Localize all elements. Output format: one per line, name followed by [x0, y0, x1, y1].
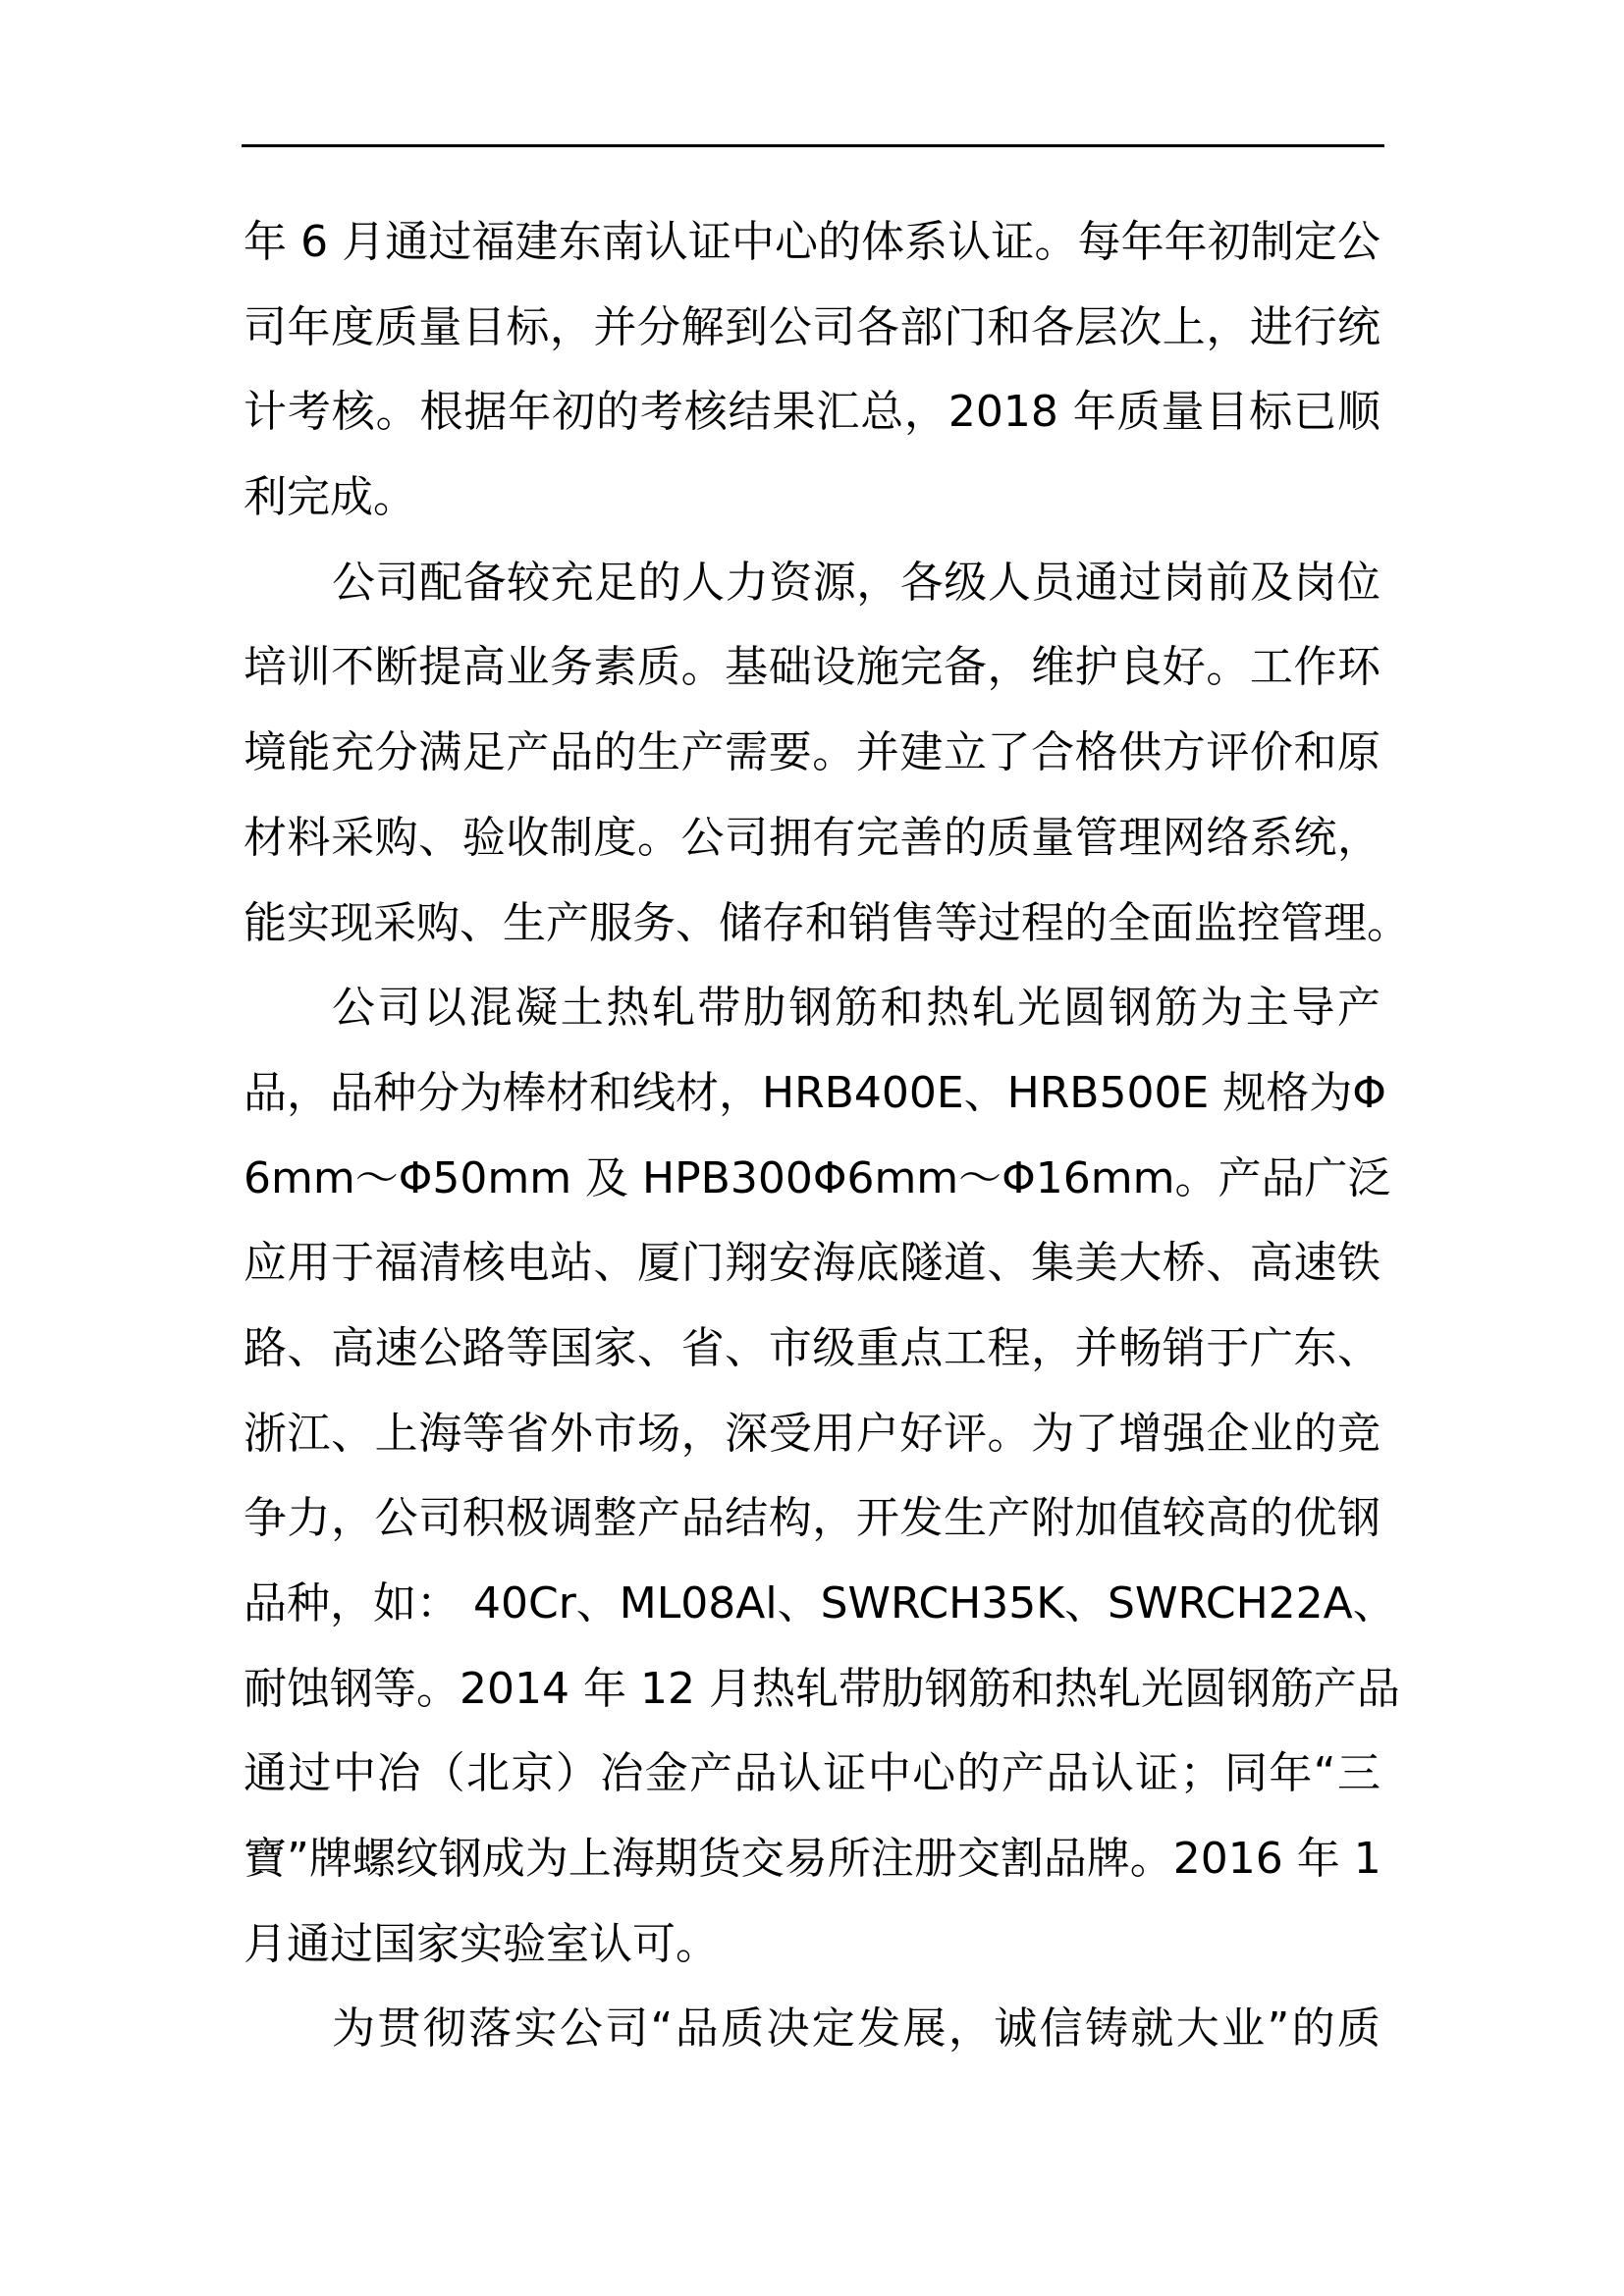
text-line: 计考核。根据年初的考核结果汇总，2018 年质量目标已顺 — [244, 380, 1380, 465]
paragraph-3: 公司以混凝土热轧带肋钢筋和热轧光圆钢筋为主导产 品，品种分为棒材和线材，HRB4… — [244, 976, 1380, 1997]
text-line: 耐蚀钢等。2014 年 12 月热轧带肋钢筋和热轧光圆钢筋产品 — [244, 1657, 1380, 1742]
text-line: 争力，公司积极调整产品结构，开发生产附加值较高的优钢 — [244, 1486, 1380, 1572]
text-line: 月通过国家实验室认可。 — [244, 1912, 1380, 1998]
document-body: 年 6 月通过福建东南认证中心的体系认证。每年年初制定公 司年度质量目标，并分解… — [244, 210, 1380, 2082]
text-line: 能实现采购、生产服务、储存和销售等过程的全面监控管理。 — [244, 891, 1380, 977]
text-line: 应用于福清核电站、厦门翔安海底隧道、集美大桥、高速铁 — [244, 1231, 1380, 1316]
text-line: 利完成。 — [244, 465, 1380, 551]
paragraph-1: 年 6 月通过福建东南认证中心的体系认证。每年年初制定公 司年度质量目标，并分解… — [244, 210, 1380, 551]
header-rule — [242, 144, 1384, 147]
text-line: 司年度质量目标，并分解到公司各部门和各层次上，进行统 — [244, 295, 1380, 381]
text-line: 境能充分满足产品的生产需要。并建立了合格供方评价和原 — [244, 721, 1380, 806]
text-line: 公司配备较充足的人力资源，各级人员通过岗前及岗位 — [244, 551, 1380, 636]
paragraph-4: 为贯彻落实公司“品质决定发展，诚信铸就大业”的质 — [244, 1997, 1380, 2082]
text-line: 年 6 月通过福建东南认证中心的体系认证。每年年初制定公 — [244, 210, 1380, 295]
paragraph-2: 公司配备较充足的人力资源，各级人员通过岗前及岗位 培训不断提高业务素质。基础设施… — [244, 551, 1380, 976]
text-line: 培训不断提高业务素质。基础设施完备，维护良好。工作环 — [244, 635, 1380, 721]
text-line: 寶”牌螺纹钢成为上海期货交易所注册交割品牌。2016 年 1 — [244, 1827, 1380, 1912]
text-line: 通过中冶（北京）冶金产品认证中心的产品认证；同年“三 — [244, 1741, 1380, 1827]
text-line: 为贯彻落实公司“品质决定发展，诚信铸就大业”的质 — [244, 1997, 1380, 2082]
text-line: 6mm～Φ50mm 及 HPB300Φ6mm～Φ16mm。产品广泛 — [244, 1147, 1380, 1232]
text-line: 品种，如： 40Cr、ML08Al、SWRCH35K、SWRCH22A、 — [244, 1572, 1380, 1657]
text-line: 品，品种分为棒材和线材，HRB400E、HRB500E 规格为Φ — [244, 1061, 1380, 1147]
text-line: 路、高速公路等国家、省、市级重点工程，并畅销于广东、 — [244, 1316, 1380, 1402]
text-line: 浙江、上海等省外市场，深受用户好评。为了增强企业的竞 — [244, 1402, 1380, 1487]
text-line: 材料采购、验收制度。公司拥有完善的质量管理网络系统， — [244, 806, 1380, 891]
text-line: 公司以混凝土热轧带肋钢筋和热轧光圆钢筋为主导产 — [244, 976, 1380, 1061]
